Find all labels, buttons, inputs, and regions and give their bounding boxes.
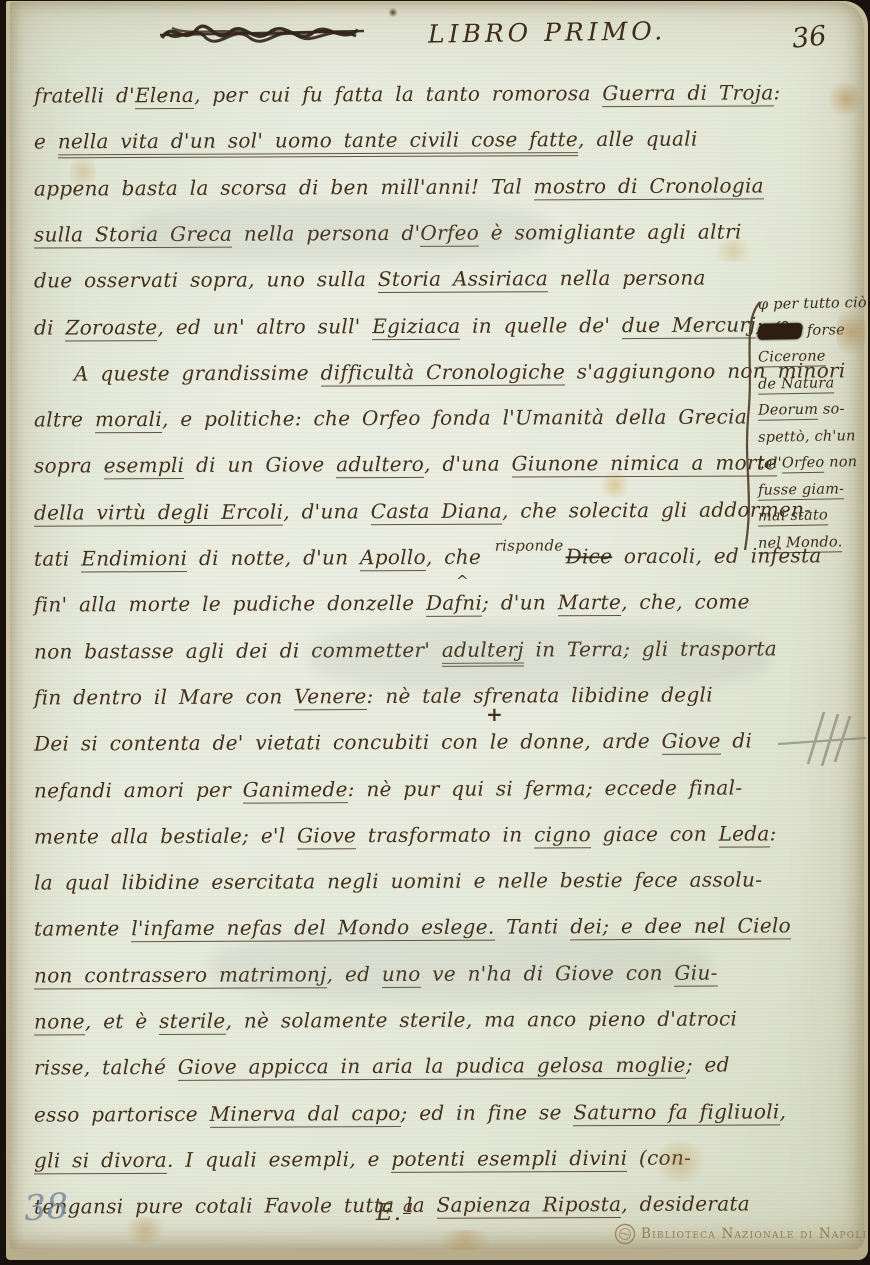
manuscript-line: Dei si contenta de' vietati concubiti co… xyxy=(34,729,752,756)
underlined-word: Ganimede xyxy=(243,777,348,803)
text-segment: so- xyxy=(818,401,845,417)
text-segment: in Terra; gli trasporta xyxy=(524,636,777,661)
margin-note-line: nel Mondo. xyxy=(758,534,843,551)
manuscript-line: tamente l'infame nefas del Mondo eslege.… xyxy=(34,914,791,941)
manuscript-body: fratelli d'Elena, per cui fu fatta la ta… xyxy=(10,2,864,1249)
struck-word: Dice xyxy=(566,544,613,568)
manuscript-line: della virtù degli Ercoli, d'una Casta Di… xyxy=(34,497,811,524)
manuscript-line: sopra esempli di un Giove adultero, d'un… xyxy=(34,451,777,478)
text-segment: forse xyxy=(802,322,845,339)
underlined-word: Elena xyxy=(135,83,194,109)
manuscript-line: nefandi amori per Ganimede: nè pur qui s… xyxy=(34,775,742,802)
text-segment: , d'una xyxy=(283,499,371,523)
catchword: E.ª xyxy=(376,1200,414,1226)
margin-note-line: φ per tutto ciò xyxy=(758,295,867,313)
manuscript-line: di Zoroaste, ed un' altro sull' Egiziaca… xyxy=(34,312,789,339)
text-segment: , e politiche: che Orfeo fonda l'Umanità… xyxy=(162,405,747,432)
underlined-word: Giu- xyxy=(674,960,717,986)
manuscript-line: fratelli d'Elena, per cui fu fatta la ta… xyxy=(34,80,781,107)
text-segment: A queste grandissime xyxy=(74,360,321,385)
insertion-plus-mark: + xyxy=(486,702,503,726)
text-segment: , et è xyxy=(85,1009,159,1033)
text-segment: : nè pur qui si ferma; eccede final- xyxy=(348,775,743,801)
text-segment: nefandi amori per xyxy=(34,777,243,802)
underlined-word: Giove xyxy=(662,729,721,755)
text-segment: fin' alla morte le pudiche donzelle xyxy=(34,591,426,617)
manuscript-line: non contrassero matrimonj, ed uno ve n'h… xyxy=(34,960,718,987)
margin-note-line: fusse giam- xyxy=(758,481,844,499)
manuscript-scan: LIBRO PRIMO. 36 fratelli d'Elena, per cu… xyxy=(0,0,870,1265)
manuscript-line: fin' alla morte le pudiche donzelle Dafn… xyxy=(34,590,750,617)
underlined-word: gli si divora xyxy=(34,1148,167,1175)
text-segment: Dei si contenta de' vietati concubiti co… xyxy=(34,729,662,756)
underlined-word: non contrassero matrimonj xyxy=(34,962,327,989)
text-segment: di xyxy=(34,315,66,339)
text-segment: Tanti xyxy=(494,915,570,939)
text-segment: fratelli d' xyxy=(34,83,135,107)
pencil-tally-mark xyxy=(778,700,868,772)
text-segment: nella persona xyxy=(548,266,706,291)
margin-note-line: spettò, ch'un xyxy=(758,428,856,446)
text-segment: in quelle de' xyxy=(460,313,622,338)
underlined-word: de Natura xyxy=(758,375,835,394)
text-segment: esso partorisce xyxy=(34,1101,210,1126)
manuscript-line: gli si divora. I quali esempli, e potent… xyxy=(34,1145,691,1172)
underlined-word: Dafni xyxy=(426,591,482,617)
underlined-word: esempli xyxy=(104,453,185,479)
underlined-word: Giove appicca in aria la pudica gelosa m… xyxy=(178,1053,686,1081)
text-segment: giace con xyxy=(591,821,719,846)
text-segment: . I quali esempli, e xyxy=(167,1147,392,1172)
text-segment: tal' xyxy=(758,455,782,471)
text-segment: tamente xyxy=(34,917,131,941)
text-segment: è somigliante agli altri xyxy=(479,219,742,244)
manuscript-line: none, et è sterile, nè solamente sterile… xyxy=(34,1006,737,1033)
underlined-word: dei; e dee nel Cielo xyxy=(570,914,791,941)
manuscript-line: e nella vita d'un sol' uomo tante civili… xyxy=(34,127,698,154)
scribbled-word: ——— xyxy=(757,322,804,339)
folio-number-bottom: 38 xyxy=(23,1186,70,1229)
text-segment: , ed un' altro sull' xyxy=(157,314,372,339)
underlined-word: Orfeo xyxy=(420,220,479,246)
manuscript-line: due osservati sopra, uno sulla Storia As… xyxy=(34,266,706,293)
text-segment: ; d'un xyxy=(482,591,558,615)
text-segment: tati xyxy=(34,547,81,571)
text-segment: , ed xyxy=(327,962,382,986)
underlined-word: nella vita d'un sol' uomo tante civili c… xyxy=(58,127,578,158)
text-segment: , che xyxy=(426,545,493,569)
manuscript-line: sulla Storia Greca nella persona d'Orfeo… xyxy=(34,219,742,246)
manuscript-line: fin dentro il Mare con Venere: nè tale s… xyxy=(34,682,713,709)
manuscript-line: mente alla bestiale; e'l Giove trasforma… xyxy=(34,821,777,848)
underlined-word: Saturno fa figliuoli xyxy=(573,1099,779,1126)
text-segment: , che, come xyxy=(621,590,750,615)
text-segment: φ per tutto ciò xyxy=(758,295,867,313)
text-segment: : nè tale sfrenata libidine degli xyxy=(367,682,713,708)
text-segment: (con- xyxy=(627,1145,691,1169)
library-stamp-emblem xyxy=(614,1223,636,1245)
text-segment: : xyxy=(770,821,777,845)
interlinear-insertion: risponde xyxy=(495,536,564,554)
text-segment: appena basta la scorsa di ben mill'anni!… xyxy=(34,174,534,200)
underlined-word: mostro di Cronologia xyxy=(534,173,764,200)
text-segment: ve n'ha di Giove con xyxy=(420,960,674,985)
margin-note-line: ——— forse xyxy=(758,322,845,340)
margin-note-line: mai stato xyxy=(758,507,828,524)
manuscript-line: la qual libidine esercitata negli uomini… xyxy=(34,868,762,895)
underlined-word: fusse giam- xyxy=(758,481,845,501)
underlined-word: none xyxy=(34,1009,85,1035)
margin-note-line: Cicerone xyxy=(758,348,826,365)
manuscript-line: tati Endimioni di notte, d'un Apollo, ch… xyxy=(34,543,822,570)
text-segment: , per cui fu fatta la tanto romorosa xyxy=(194,81,602,107)
text-segment: , desiderata xyxy=(621,1192,750,1217)
margin-note-line: Deorum so- xyxy=(758,401,845,419)
text-segment: e xyxy=(34,130,58,154)
underlined-word: l'infame nefas del Mondo eslege. xyxy=(131,915,494,943)
manuscript-line: altre morali, e politiche: che Orfeo fon… xyxy=(34,405,747,432)
text-segment: di xyxy=(721,729,753,753)
underlined-word: Guerra di Troja xyxy=(602,80,773,107)
underlined-word: sterile xyxy=(159,1009,226,1035)
text-segment: trasformato in xyxy=(356,822,534,847)
manuscript-line: esso partorisce Minerva dal capo; ed in … xyxy=(34,1099,786,1126)
manuscript-line: risse, talché Giove appicca in aria la p… xyxy=(34,1053,730,1080)
underlined-word: due Mercurj xyxy=(622,312,756,339)
underlined-word: della virtù degli Ercoli xyxy=(34,499,283,526)
underlined-word: Orfeo xyxy=(782,455,825,474)
text-segment: due osservati sopra, uno sulla xyxy=(34,267,378,293)
underlined-word: Giove xyxy=(297,823,356,849)
underlined-word: Sapienza Riposta xyxy=(437,1192,622,1219)
underlined-word: Minerva dal capo xyxy=(209,1101,400,1128)
underlined-word: Endimioni xyxy=(81,546,187,572)
text-segment: non bastasse agli dei di commetter' xyxy=(34,637,442,663)
underlined-word: adulterj xyxy=(442,637,524,666)
manuscript-line: appena basta la scorsa di ben mill'anni!… xyxy=(34,173,764,200)
margin-note-line: de Natura xyxy=(758,375,835,392)
text-segment: mente alla bestiale; e'l xyxy=(34,823,297,848)
underlined-word: uno xyxy=(382,961,421,987)
underlined-word: morali xyxy=(95,407,162,433)
underlined-word: Marte xyxy=(558,590,621,616)
text-segment: , nè solamente sterile, ma anco pieno d'… xyxy=(225,1006,737,1032)
manuscript-line: A queste grandissime difficultà Cronolog… xyxy=(74,358,846,385)
underlined-word: mai stato xyxy=(758,507,828,526)
text-segment: , xyxy=(780,1099,787,1123)
text-segment: ; ed in fine se xyxy=(400,1100,573,1125)
text-segment: risse, talché xyxy=(34,1055,178,1080)
margin-note-line: tal'Orfeo non xyxy=(758,454,857,472)
text-segment: : xyxy=(773,80,780,104)
underlined-word: Apollo xyxy=(360,545,426,571)
insertion-caret-mark: ^ xyxy=(456,572,469,590)
underlined-word: Egiziaca xyxy=(372,313,460,339)
library-stamp-text: Biblioteca Nazionale di Napoli xyxy=(641,1226,867,1242)
underlined-word: adultero xyxy=(336,452,424,478)
underlined-word: Storia Assiriaca xyxy=(378,266,548,293)
text-segment: fin dentro il Mare con xyxy=(34,684,294,709)
manuscript-line: non bastasse agli dei di commetter' adul… xyxy=(34,636,777,663)
underlined-word: cigno xyxy=(534,822,591,848)
manuscript-page: LIBRO PRIMO. 36 fratelli d'Elena, per cu… xyxy=(10,2,864,1249)
library-stamp: Biblioteca Nazionale di Napoli xyxy=(614,1223,867,1245)
text-segment: nella persona d' xyxy=(232,221,420,246)
text-segment: la qual libidine esercitata negli uomini… xyxy=(34,868,762,895)
underlined-word: Zoroaste xyxy=(65,315,157,341)
underlined-word: potenti esempli divini xyxy=(391,1146,627,1173)
text-segment: , d'una xyxy=(424,452,512,476)
underlined-word: sulla Storia Greca xyxy=(34,222,232,249)
text-segment: , alle quali xyxy=(578,127,698,152)
underlined-word: Casta Diana xyxy=(371,498,502,525)
text-segment: non xyxy=(824,454,857,471)
text-segment: spettò, ch'un xyxy=(758,428,856,446)
text-segment: di un Giove xyxy=(184,453,336,478)
text-segment: di notte, d'un xyxy=(187,545,360,570)
text-segment: ; ed xyxy=(686,1053,730,1077)
underlined-word: difficultà Cronologiche xyxy=(321,359,566,386)
underlined-word: Venere xyxy=(294,684,366,710)
underlined-word: Leda xyxy=(718,821,769,847)
text-segment: altre xyxy=(34,407,95,431)
underlined-word: Deorum xyxy=(758,402,818,421)
underlined-word: nel Mondo. xyxy=(758,534,843,553)
text-segment: sopra xyxy=(34,454,104,478)
underlined-word: Cicerone xyxy=(758,348,826,367)
